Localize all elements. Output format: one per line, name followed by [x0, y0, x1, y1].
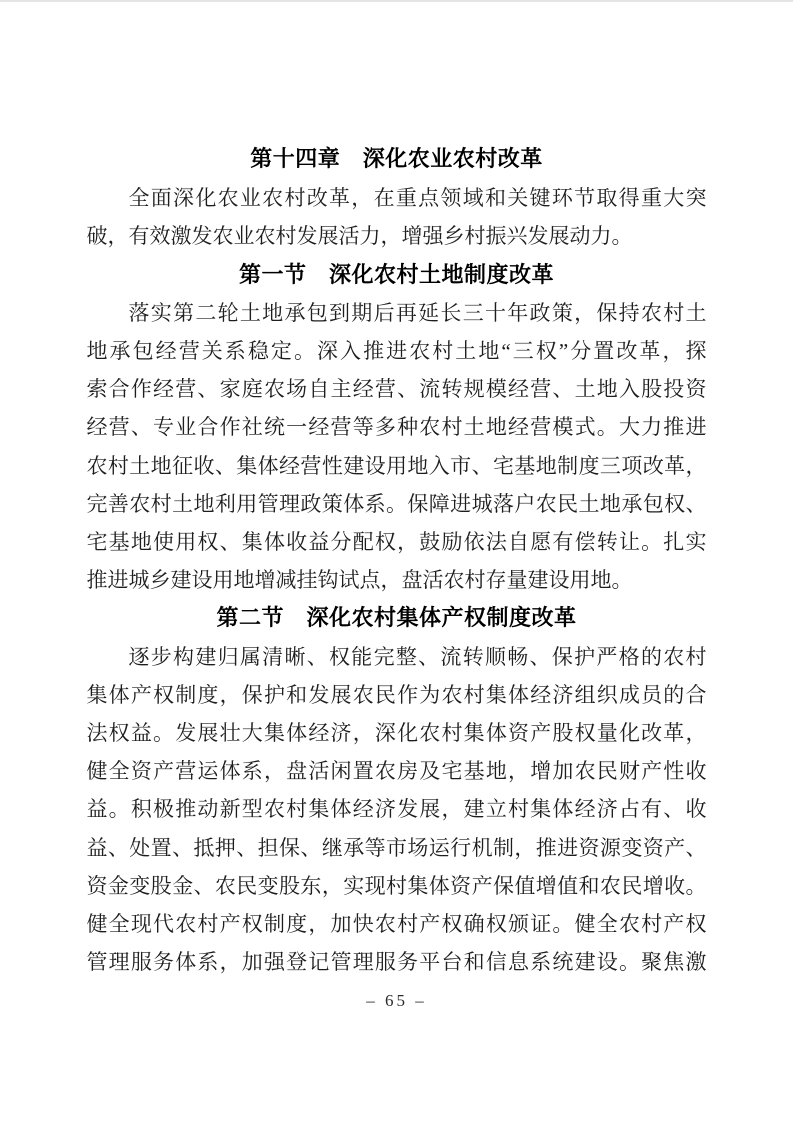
chapter-title: 第十四章 深化农业农村改革	[87, 141, 707, 179]
paragraph3-line: 管理服务体系，加强登记管理服务平台和信息系统建设。聚焦激	[87, 943, 707, 981]
paragraph3-line: 健全资产营运体系，盘活闲置农房及宅基地，增加农民财产性收	[87, 752, 707, 790]
paragraph2-line: 完善农村土地利用管理政策体系。保障进城落户农民土地承包权、	[87, 485, 707, 523]
paragraph2-line: 推进城乡建设用地增减挂钩试点，盘活农村存量建设用地。	[87, 561, 707, 599]
paragraph3-line: 资金变股金、农民变股东，实现村集体资产保值增值和农民增收。	[87, 867, 707, 905]
paragraph3-line: 集体产权制度，保护和发展农民作为农村集体经济组织成员的合	[87, 676, 707, 714]
paragraph3-line: 益。积极推动新型农村集体经济发展，建立村集体经济占有、收	[87, 790, 707, 828]
document-page: 第十四章 深化农业农村改革 全面深化农业农村改革，在重点领域和关键环节取得重大突…	[0, 0, 793, 1122]
paragraph2-line: 索合作经营、家庭农场自主经营、流转规模经营、土地入股投资	[87, 370, 707, 408]
paragraph2-line: 农村土地征收、集体经营性建设用地入市、宅基地制度三项改革，	[87, 447, 707, 485]
paragraph3-line: 逐步构建归属清晰、权能完整、流转顺畅、保护严格的农村	[87, 638, 707, 676]
paragraph2-line: 落实第二轮土地承包到期后再延长三十年政策，保持农村土	[87, 294, 707, 332]
paragraph1-line: 破，有效激发农业农村发展活力，增强乡村振兴发展动力。	[87, 217, 707, 255]
paragraph2-line: 宅基地使用权、集体收益分配权，鼓励依法自愿有偿转让。扎实	[87, 523, 707, 561]
paragraph2-line: 地承包经营关系稳定。深入推进农村土地“三权”分置改革，探	[87, 332, 707, 370]
paragraph3-line: 法权益。发展壮大集体经济，深化农村集体资产股权量化改革，	[87, 714, 707, 752]
section2-title: 第二节 深化农村集体产权制度改革	[87, 599, 707, 637]
paragraph2-line: 经营、专业合作社统一经营等多种农村土地经营模式。大力推进	[87, 408, 707, 446]
section1-title: 第一节 深化农村土地制度改革	[87, 256, 707, 294]
paragraph1-line: 全面深化农业农村改革，在重点领域和关键环节取得重大突	[87, 179, 707, 217]
paragraph3-line: 健全现代农村产权制度，加快农村产权确权颁证。健全农村产权	[87, 905, 707, 943]
paragraph3-line: 益、处置、抵押、担保、继承等市场运行机制，推进资源变资产、	[87, 829, 707, 867]
page-number: – 65 –	[87, 981, 707, 1021]
page-content: 第十四章 深化农业农村改革 全面深化农业农村改革，在重点领域和关键环节取得重大突…	[87, 2, 707, 1021]
